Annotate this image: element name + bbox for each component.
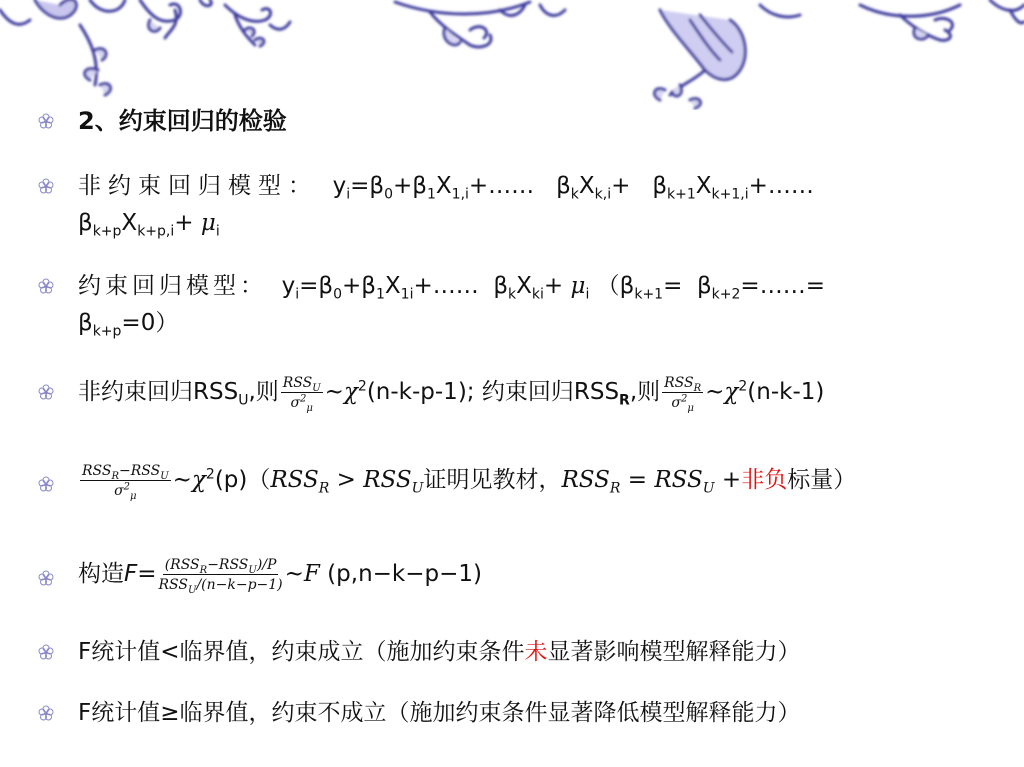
flower-bullet-icon [38,113,54,129]
unrestricted-rss-label: 非约束回归RSS [78,379,238,405]
flower-bullet-icon [38,570,54,586]
rss-u-over-sigma-fraction: RSSUσ2μ [281,376,323,410]
flower-bullet-icon [38,476,54,492]
restricted-model-item: 约束回归模型： yi=β0+β1X1i+…… βkXki+ μi （βk+1= … [38,268,994,342]
paren-open: （ [247,467,270,493]
f-symbol: F= [124,561,157,587]
flower-bullet-icon [38,384,54,400]
conclusion-text: 显著影响模型解释能力） [548,639,801,665]
f-less-than-critical-text: F统计值<临界值，约束成立（施加约束条件未显著影响模型解释能力） [78,634,801,671]
restricted-model-label: 约束回归模型： [78,273,267,299]
unrestricted-model-text: 非约束回归模型： yi=β0+β1X1,i+…… βkXk,i+ βk+1Xk+… [78,168,814,242]
difference-distribution-text: RSSR−RSSUσ2μ~χ2(p)（RSSR > RSSU证明见教材，RSSR… [78,462,856,499]
f-greater-equal-critical-item: F统计值≥临界值，约束不成立（施加约束条件显著降低模型解释能力） [38,695,994,732]
f-statistic-fraction: (RSSR−RSSU)/PRSSU/(n−k−p−1) [159,558,283,592]
rss-r-over-sigma-fraction: RSSRσ2μ [662,376,703,410]
unrestricted-model-item: 非约束回归模型： yi=β0+β1X1,i+…… βkXk,i+ βk+1Xk+… [38,168,994,242]
restricted-model-text: 约束回归模型： yi=β0+β1X1i+…… βkXki+ μi （βk+1= … [78,268,825,342]
f-statistic-text: 构造F=(RSSR−RSSU)/PRSSU/(n−k−p−1)~F (p,n−k… [78,556,482,593]
flower-bullet-icon [38,178,54,194]
restricted-rss-label: 约束回归RSS [482,379,619,405]
proof-note: 证明见教材， [423,467,561,493]
rss-difference-fraction: RSSR−RSSUσ2μ [80,464,171,498]
rss-r-subscript: R [619,393,630,409]
section-title-item: 2、约束回归的检验 [38,103,994,140]
slide-content: 2、约束回归的检验 非约束回归模型： yi=β0+β1X1,i+…… βkXk,… [0,0,1024,767]
rss-u-subscript: U [238,393,248,409]
section-title: 2、约束回归的检验 [78,103,287,140]
flower-bullet-icon [38,278,54,294]
then-text: ,则 [630,379,660,405]
rss-distributions-item: 非约束回归RSSU,则RSSUσ2μ~χ2(n-k-p-1); 约束回归RSSR… [38,374,994,411]
unrestricted-model-label: 非约束回归模型： [78,173,318,199]
not-highlight: 未 [525,639,548,665]
flower-bullet-icon [38,644,54,660]
f-less-than-critical-item: F统计值<临界值，约束成立（施加约束条件未显著影响模型解释能力） [38,634,994,671]
flower-bullet-icon [38,705,54,721]
non-negative-highlight: 非负 [741,467,787,493]
f-statistic-item: 构造F=(RSSR−RSSU)/PRSSU/(n−k−p−1)~F (p,n−k… [38,556,994,593]
f-greater-equal-critical-text: F统计值≥临界值，约束不成立（施加约束条件显著降低模型解释能力） [78,695,801,732]
construct-label: 构造 [78,561,124,587]
scalar-note: 标量） [787,467,856,493]
difference-distribution-item: RSSR−RSSUσ2μ~χ2(p)（RSSR > RSSU证明见教材，RSSR… [38,462,994,499]
then-text: ,则 [248,379,278,405]
rss-distributions-text: 非约束回归RSSU,则RSSUσ2μ~χ2(n-k-p-1); 约束回归RSSR… [78,374,824,411]
condition-text: F统计值<临界值，约束成立（施加约束条件 [78,639,525,665]
